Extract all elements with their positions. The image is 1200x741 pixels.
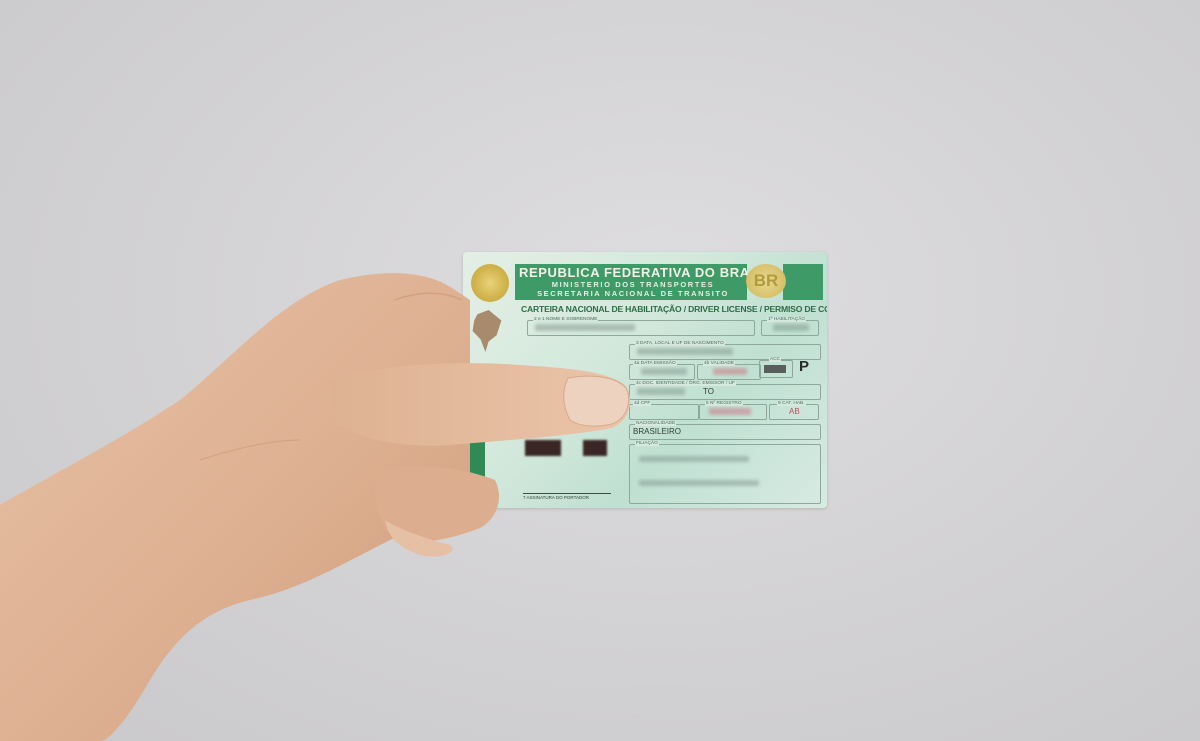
- photo-scene: REPUBLICA FEDERATIVA DO BRASIL MINISTERI…: [0, 0, 1200, 741]
- thumbnail: [564, 376, 629, 426]
- hand-illustration: [0, 0, 1200, 741]
